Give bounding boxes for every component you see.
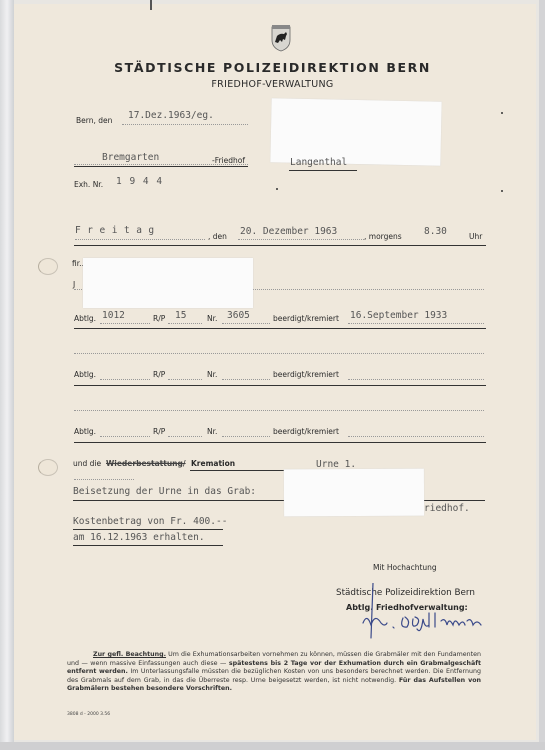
cost-underline-1: [73, 529, 223, 530]
struck-option: Wiederbestattung/: [106, 459, 186, 468]
redacted-address: [270, 98, 441, 166]
morgens-label: , morgens: [364, 232, 402, 241]
cost-underline-2: [73, 545, 223, 546]
cemetery-name: Bremgarten: [102, 152, 159, 163]
exhumation-time: 8.30: [424, 226, 447, 237]
plastic-sleeve-bottom: [0, 742, 545, 750]
dots: [168, 323, 202, 324]
dots: [74, 410, 484, 411]
notice-text: Zur gefl. Beachtung. Um die Exhumationsa…: [67, 651, 481, 694]
nr-value: 3605: [227, 310, 250, 321]
letter-date: 17.Dez.1963/eg.: [128, 110, 214, 121]
abtlg-label: Abtlg.: [74, 314, 96, 323]
dots: [100, 436, 150, 437]
exhumation-rule: [74, 245, 486, 246]
redacted-name: [83, 258, 253, 308]
exh-label: Exh. Nr.: [74, 180, 103, 189]
exhumation-date: 20. Dezember 1963: [240, 226, 337, 237]
abtlg-label: Abtlg.: [74, 370, 96, 379]
rp-value: 15: [175, 310, 186, 321]
rp-label: R/P: [153, 370, 165, 379]
paper-speck: [276, 188, 278, 190]
recipient-city-underline: [289, 170, 357, 171]
recipient-city: Langenthal: [290, 157, 347, 168]
row-rule: [74, 328, 486, 329]
paper-speck: [501, 112, 503, 114]
nr-label: Nr.: [207, 314, 217, 323]
bern-bear-crest-icon: [271, 24, 291, 52]
page-title: STÄDTISCHE POLIZEIDIREKTION BERN: [0, 60, 545, 75]
weekday-dots: [75, 239, 205, 240]
dots: [222, 323, 270, 324]
place-date-label: Bern, den: [76, 116, 112, 125]
punch-hole-bottom: [38, 459, 58, 476]
name-initial: J: [73, 280, 75, 289]
status-label: beerdigt/kremiert: [273, 370, 339, 379]
und-die-label: und die: [73, 459, 101, 468]
redacted-grave: [284, 469, 424, 517]
dots: [222, 436, 270, 437]
row-rule: [74, 385, 486, 386]
paper-speck: [501, 190, 503, 192]
cemetery-rule: [74, 166, 248, 167]
dots: [168, 436, 202, 437]
top-mark: [150, 0, 152, 10]
uhr-label: Uhr: [469, 232, 482, 241]
plastic-sleeve-left: [0, 0, 14, 750]
friedhof-suffix: riedhof.: [424, 503, 470, 514]
nr-label: Nr.: [207, 370, 217, 379]
cost-line-1: Kostenbetrag von Fr. 400.--: [73, 516, 227, 527]
dots: [222, 379, 270, 380]
status-label: beerdigt/kremiert: [273, 427, 339, 436]
dots: [348, 379, 484, 380]
signature-icon: [355, 583, 495, 643]
nr-label: Nr.: [207, 427, 217, 436]
kremation-option: Kremation: [191, 459, 235, 468]
exhumation-weekday: F r e i t a g: [75, 225, 155, 236]
dots: [74, 479, 134, 480]
closing-greeting: Mit Hochachtung: [373, 563, 437, 572]
cost-line-2: am 16.12.1963 erhalten.: [73, 532, 205, 543]
urn-text: Beisetzung der Urne in das Grab:: [73, 486, 256, 497]
abtlg-label: Abtlg.: [74, 427, 96, 436]
punch-hole-top: [38, 258, 58, 275]
rp-label: R/P: [153, 427, 165, 436]
exh-number: 1 9 4 4: [116, 176, 163, 187]
row-rule: [74, 442, 486, 443]
dots: [168, 379, 202, 380]
page-subtitle: FRIEDHOF-VERWALTUNG: [0, 79, 545, 90]
den-label: , den: [208, 232, 227, 241]
date-dots: [238, 239, 364, 240]
plastic-sleeve-right: [539, 0, 545, 750]
dots: [100, 379, 150, 380]
status-label: beerdigt/kremiert: [273, 314, 339, 323]
dots: [348, 323, 484, 324]
rp-label: R/P: [153, 314, 165, 323]
burial-date: 16.September 1933: [350, 310, 447, 321]
abtlg-value: 1012: [102, 310, 125, 321]
dots: [100, 323, 150, 324]
form-code: 3808 d - 2000 3.56: [67, 712, 110, 717]
notice-heading: Zur gefl. Beachtung.: [93, 651, 166, 658]
dots: [348, 436, 484, 437]
date-dotted-line: [122, 124, 248, 125]
cemetery-dotted-line: [74, 164, 248, 165]
dots: [74, 353, 484, 354]
